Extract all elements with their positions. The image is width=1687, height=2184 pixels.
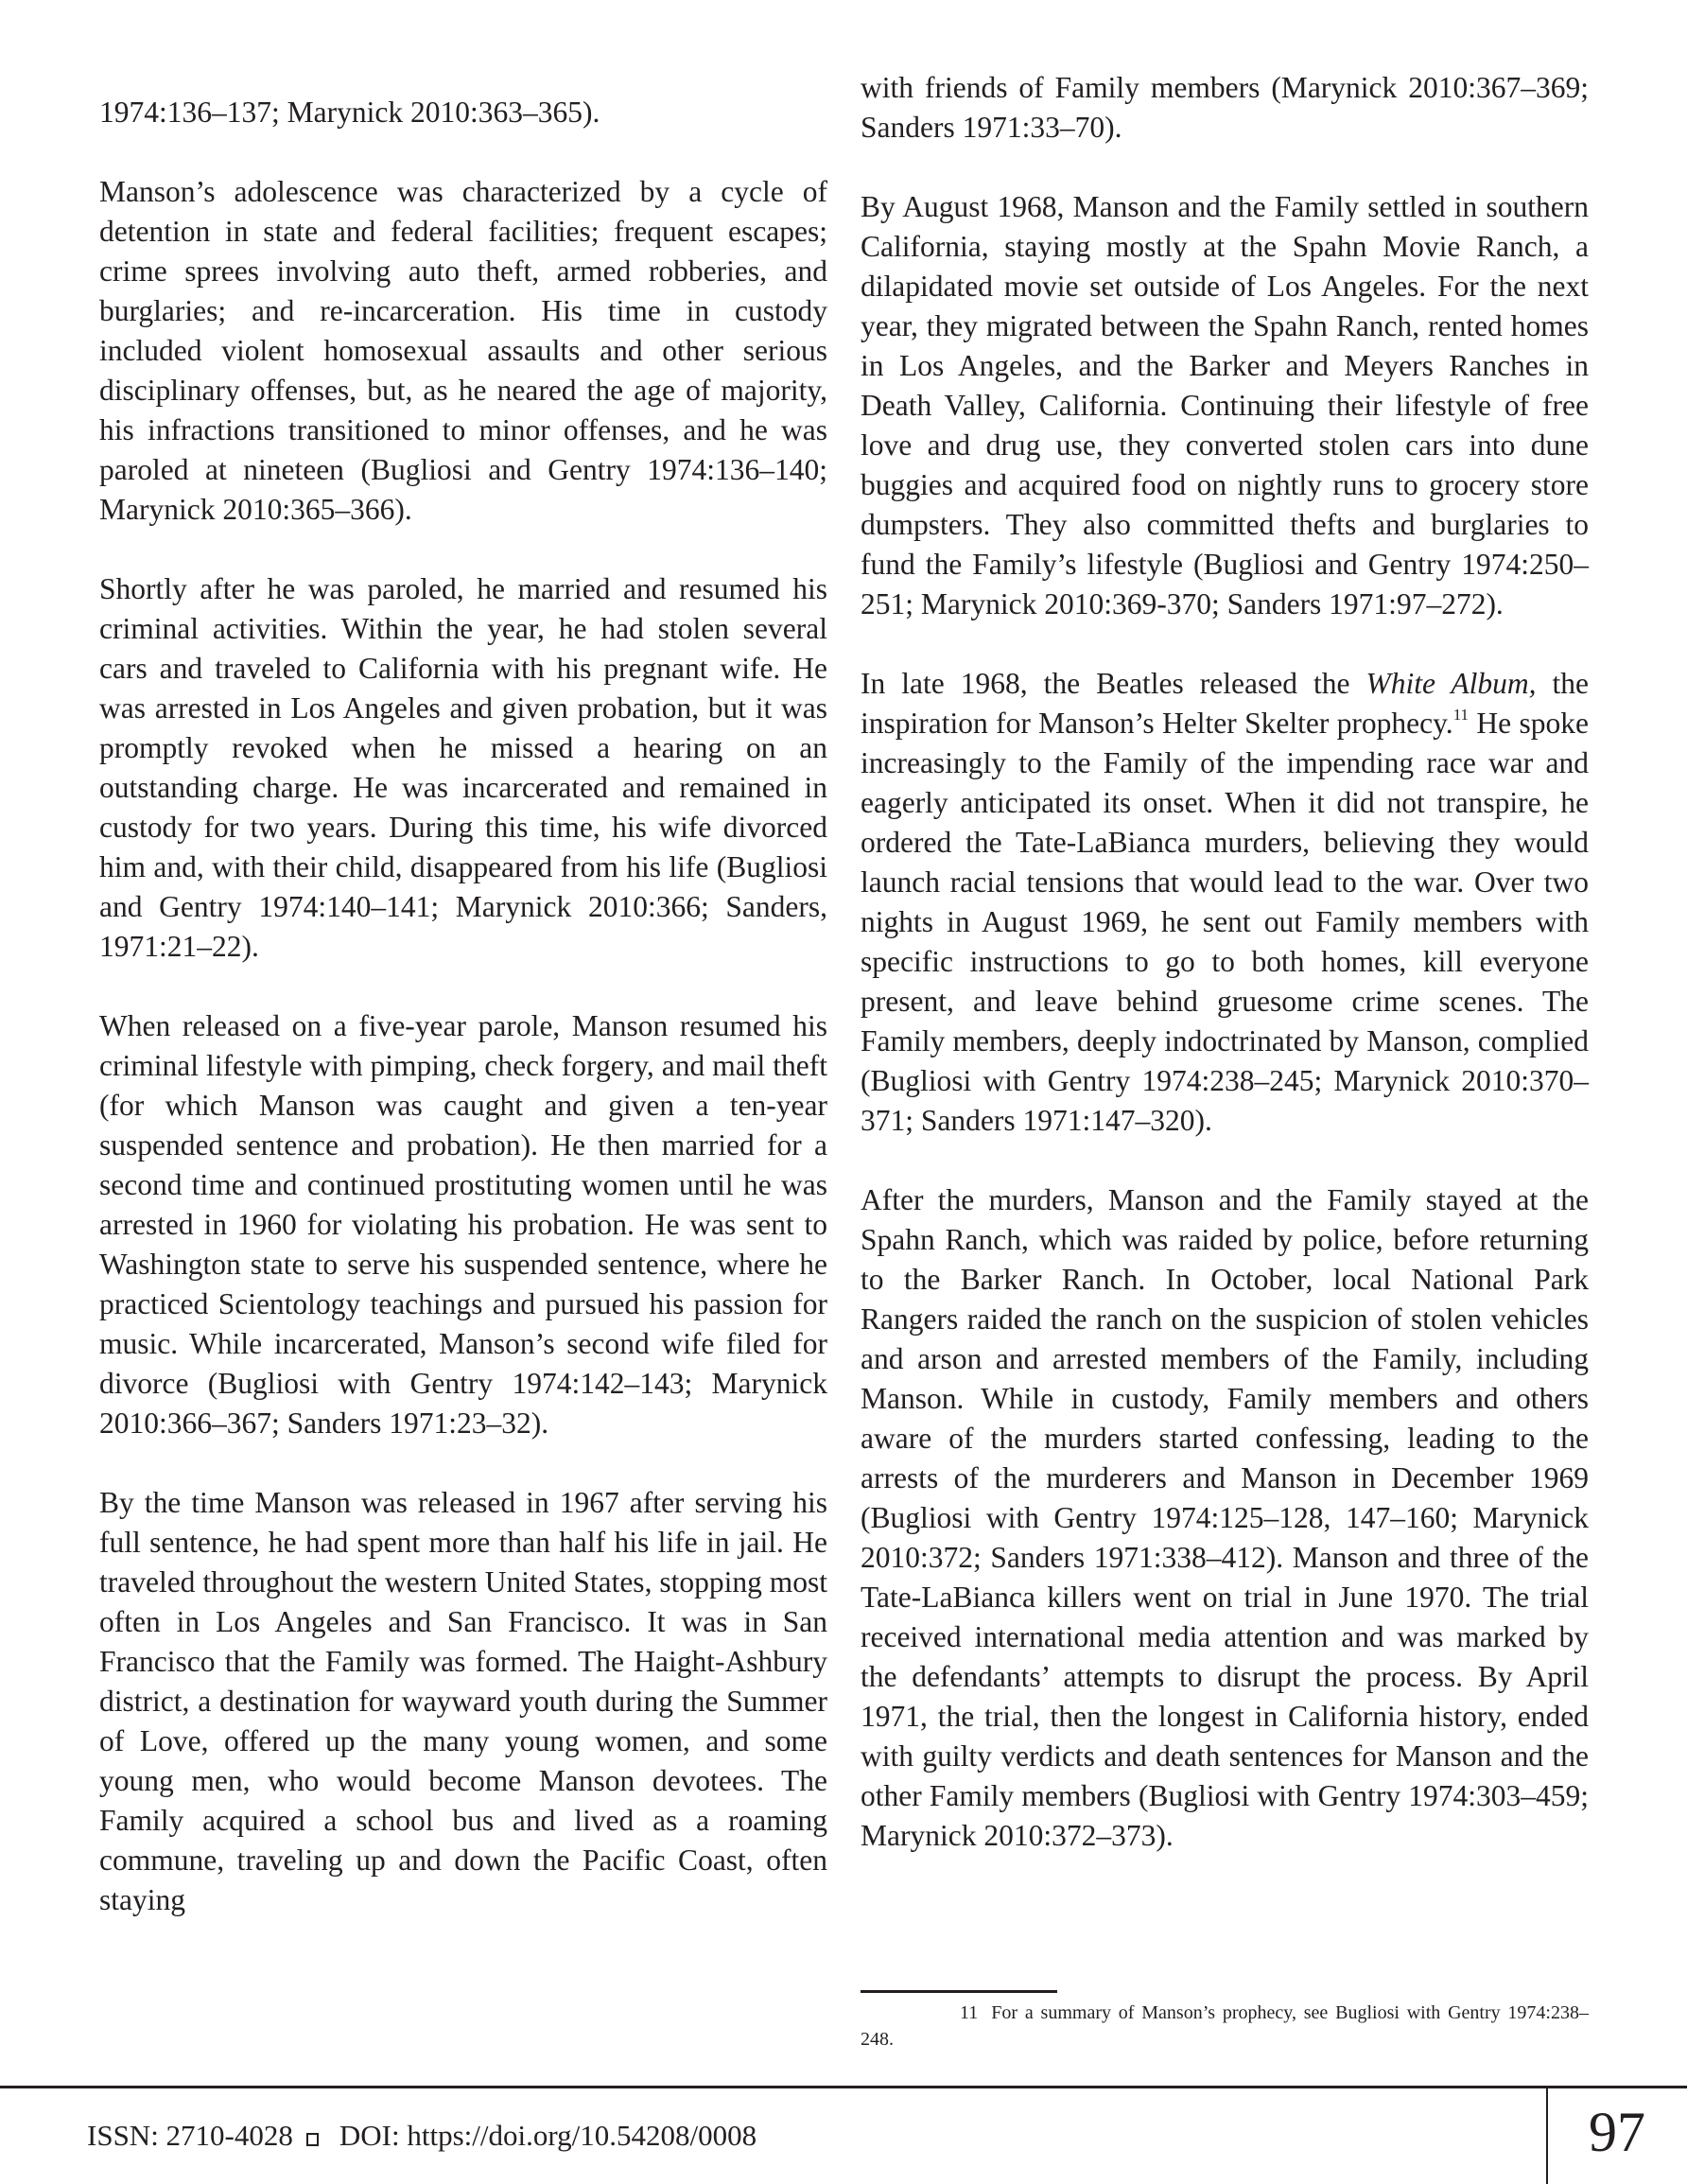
footer-divider [0, 2086, 1687, 2088]
paragraph-released-1967: By the time Manson was released in 1967 … [99, 1483, 827, 1920]
paragraph-after-murders: After the murders, Manson and the Family… [861, 1180, 1589, 1856]
square-icon [306, 2133, 319, 2146]
paragraph-adolescence: Manson’s adolescence was characterized b… [99, 172, 827, 530]
paragraph-continued: 1974:136–137; Marynick 2010:363–365). [99, 93, 827, 132]
footnote: 11For a summary of Manson’s prophecy, se… [861, 2000, 1589, 2053]
paragraph-white-album: In late 1968, the Beatles released the W… [861, 664, 1589, 1141]
doi-link[interactable]: DOI: https://doi.org/10.54208/0008 [339, 2119, 757, 2152]
paragraph-august-1968: By August 1968, Manson and the Family se… [861, 187, 1589, 624]
text-segment: In late 1968, the Beatles released the [861, 667, 1365, 700]
left-column: 1974:136–137; Marynick 2010:363–365). Ma… [99, 93, 827, 1960]
footnote-number: 11 [960, 2002, 978, 2023]
album-title: White Album, [1365, 667, 1536, 700]
footer-vertical-divider [1546, 2088, 1548, 2184]
paragraph-continued-right: with friends of Family members (Marynick… [861, 68, 1589, 148]
paragraph-paroled: Shortly after he was paroled, he married… [99, 569, 827, 967]
paragraph-five-year-parole: When released on a five-year parole, Man… [99, 1006, 827, 1443]
page-number: 97 [1589, 2092, 1645, 2172]
footer-identifiers: ISSN: 2710-4028DOI: https://doi.org/10.5… [87, 2117, 757, 2155]
footnote-divider [861, 1990, 1057, 1993]
text-segment: He spoke increasingly to the Family of t… [861, 707, 1589, 1137]
issn: ISSN: 2710-4028 [87, 2119, 293, 2152]
right-column: with friends of Family members (Marynick… [861, 68, 1589, 1896]
footnote-reference[interactable]: 11 [1453, 706, 1469, 724]
